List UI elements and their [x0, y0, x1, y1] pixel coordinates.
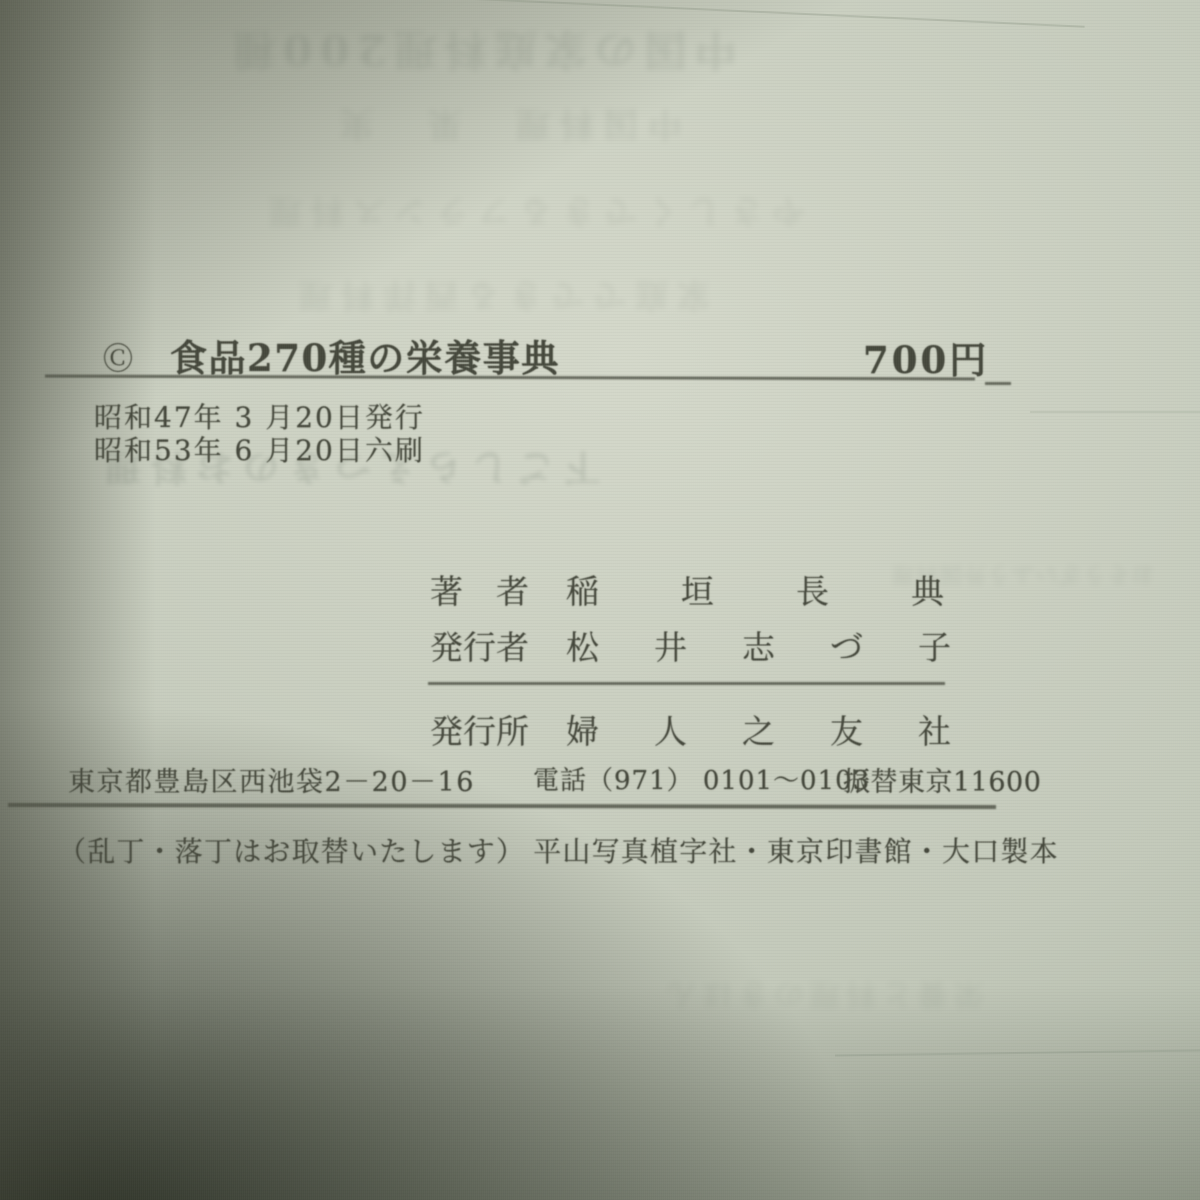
publisher-phone: 電話（971） 0101～0103 — [533, 760, 870, 797]
sixth-printing-date: 昭和53年 6 月20日六刷 — [94, 429, 425, 469]
return-policy-note: （乱丁・落丁はお取替いたします） — [58, 835, 525, 868]
credit-name: 稲垣長典 — [566, 566, 1026, 613]
credit-name: 松井志づ子 — [566, 622, 1006, 669]
book-title: 食品270種の栄養事典 — [170, 328, 560, 382]
credit-role: 発行者 — [430, 622, 532, 669]
book-colophon-page-photo: 中国の家庭料理200種 中国料理 果 実 やさしくできるフランス料理 家庭ででき… — [0, 0, 1200, 1200]
credit-name: 婦人之友社 — [566, 706, 1006, 753]
credit-row-publisher: 発行者 松井志づ子 — [430, 622, 1006, 669]
price-label: 700円 — [863, 330, 989, 384]
divider-rule — [428, 682, 945, 685]
credit-row-publishing-house: 発行所 婦人之友社 — [430, 706, 1006, 753]
credit-role: 著 者 — [430, 566, 532, 613]
colophon-footer: （乱丁・落丁はお取替いたします）平山写真植字社・東京印書館・大口製本 — [58, 830, 1059, 870]
colophon-content: Ⓒ 食品270種の栄養事典 700円 昭和47年 3 月20日発行 昭和53年 … — [0, 0, 1200, 1200]
copyright-icon: Ⓒ — [103, 334, 133, 378]
postal-transfer-number: 振替東京11600 — [843, 760, 1041, 799]
credit-role: 発行所 — [430, 706, 532, 753]
printing-companies: 平山写真植字社・東京印書館・大口製本 — [533, 835, 1059, 868]
divider-rule-dash — [985, 382, 1011, 385]
credit-row-author: 著 者 稲垣長典 — [430, 566, 1026, 613]
publisher-address: 東京都豊島区西池袋2－20－16 — [68, 760, 475, 799]
divider-rule — [8, 803, 996, 809]
